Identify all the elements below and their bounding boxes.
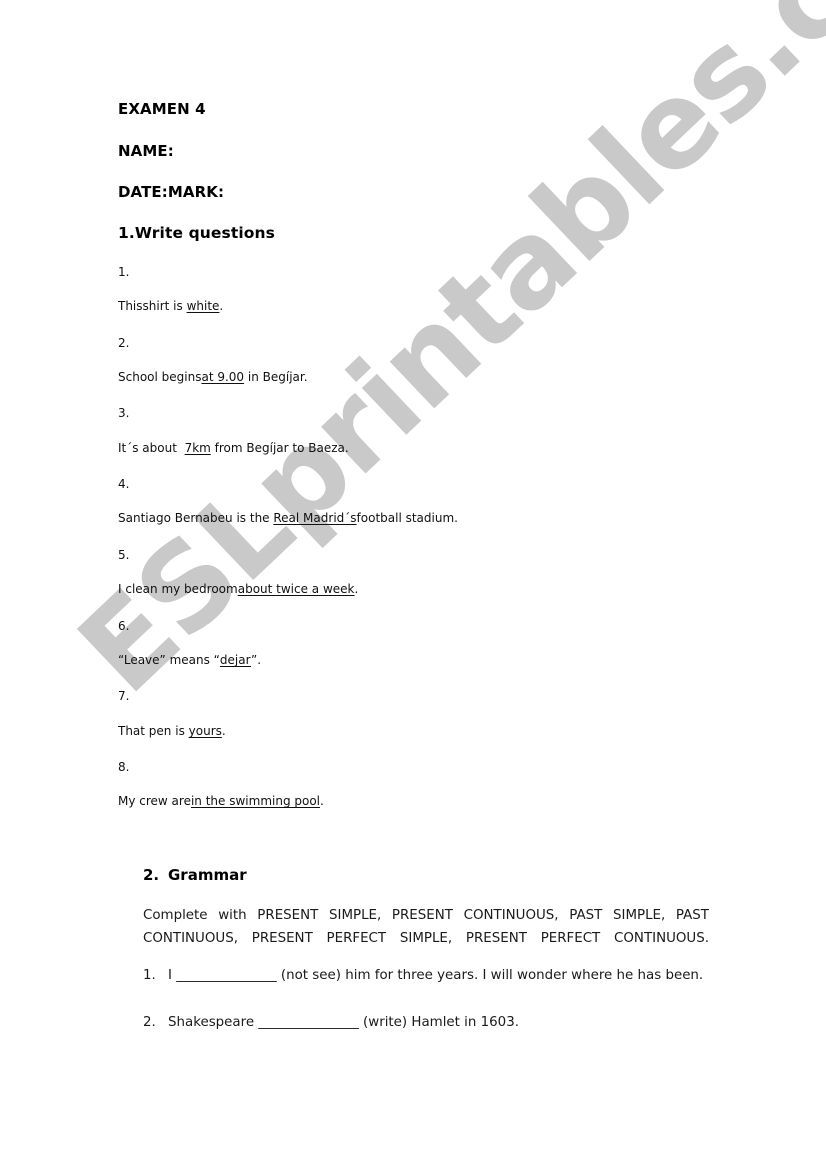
sentence-underlined: yours <box>189 724 222 738</box>
question-number: 5. <box>118 548 129 562</box>
sentence-after: in Begíjar. <box>244 370 307 384</box>
grammar-item-text: Shakespeare _______________ (write) Haml… <box>143 1011 709 1034</box>
grammar-item-number: 1. <box>143 964 156 987</box>
sentence-after: . <box>219 299 223 313</box>
question-sentence: Santiago Bernabeu is the Real Madrid´sfo… <box>118 511 458 525</box>
sentence-after: football stadium. <box>357 511 458 525</box>
grammar-item-number: 2. <box>143 1011 156 1034</box>
grammar-item-text: I _______________ (not see) him for thre… <box>143 964 709 987</box>
sentence-before: Santiago Bernabeu is the <box>118 511 273 525</box>
sentence-after: from Begíjar to Baeza. <box>211 441 349 455</box>
exam-title: EXAMEN 4 <box>118 100 206 118</box>
question-number: 7. <box>118 689 129 703</box>
sentence-underlined: dejar <box>220 653 251 667</box>
date-mark-label: DATE:MARK: <box>118 183 224 201</box>
question-sentence: That pen is yours. <box>118 724 226 738</box>
sentence-before: I clean my bedroom <box>118 582 238 596</box>
section2-number: 2. <box>143 866 168 884</box>
section1-title: 1.Write questions <box>118 224 275 242</box>
sentence-underlined: white <box>187 299 220 313</box>
sentence-underlined: 7km <box>185 441 211 455</box>
question-sentence: Thisshirt is white. <box>118 299 223 313</box>
question-sentence: My crew arein the swimming pool. <box>118 794 324 808</box>
question-number: 6. <box>118 619 129 633</box>
question-sentence: School beginsat 9.00 in Begíjar. <box>118 370 308 384</box>
grammar-item: 1. I _______________ (not see) him for t… <box>143 964 709 987</box>
sentence-underlined: about twice a week <box>238 582 355 596</box>
sentence-after: . <box>355 582 359 596</box>
question-number: 1. <box>118 265 129 279</box>
sentence-before: Thisshirt is <box>118 299 187 313</box>
sentence-after: . <box>320 794 324 808</box>
sentence-after: ”. <box>251 653 261 667</box>
sentence-before: My crew are <box>118 794 191 808</box>
sentence-before: It´s about <box>118 441 185 455</box>
sentence-underlined: in the swimming pool <box>191 794 320 808</box>
worksheet-page: EXAMEN 4 NAME: DATE:MARK: 1.Write questi… <box>0 0 826 1169</box>
question-number: 4. <box>118 477 129 491</box>
sentence-before: “Leave” means “ <box>118 653 220 667</box>
section2-title-text: Grammar <box>168 866 247 884</box>
section2-instructions: Complete with PRESENT SIMPLE, PRESENT CO… <box>143 904 709 973</box>
question-sentence: “Leave” means “dejar”. <box>118 653 261 667</box>
grammar-item: 2. Shakespeare _______________ (write) H… <box>143 1011 709 1034</box>
question-number: 3. <box>118 406 129 420</box>
sentence-underlined: Real Madrid´s <box>273 511 356 525</box>
question-sentence: It´s about 7km from Begíjar to Baeza. <box>118 441 349 455</box>
name-label: NAME: <box>118 142 174 160</box>
question-sentence: I clean my bedroomabout twice a week. <box>118 582 358 596</box>
section2-title: 2.Grammar <box>143 866 247 884</box>
question-number: 2. <box>118 336 129 350</box>
question-number: 8. <box>118 760 129 774</box>
sentence-underlined: at 9.00 <box>201 370 244 384</box>
sentence-after: . <box>222 724 226 738</box>
sentence-before: That pen is <box>118 724 189 738</box>
sentence-before: School begins <box>118 370 201 384</box>
